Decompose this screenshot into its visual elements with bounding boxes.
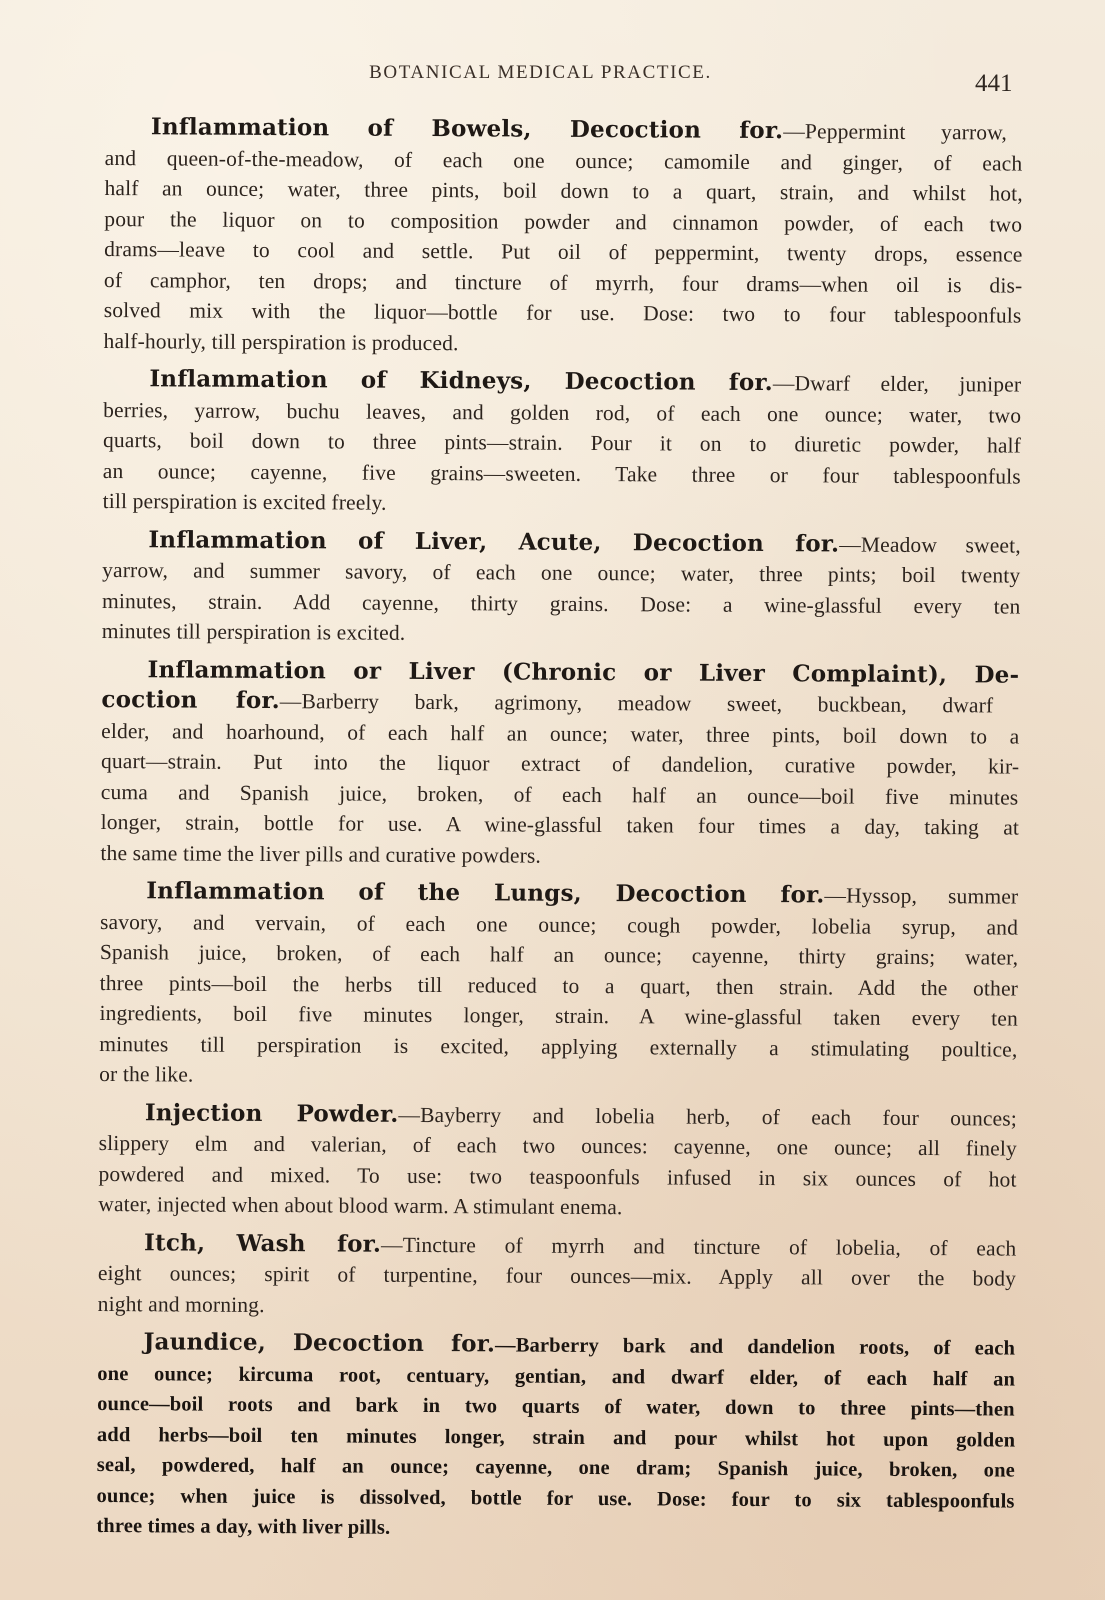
entry-inflammation-bowels: Inflammation of Bowels, Decoction for.—P…: [104, 112, 1023, 362]
entry-heading: Inflammation of Kidneys, Decoction for.: [149, 365, 773, 396]
entry-first-line: Inflammation of the Lungs, Decoction for…: [100, 876, 1018, 912]
entry-text: —Meadow sweet,: [839, 532, 1021, 557]
entry-line: or the like.: [99, 1059, 1017, 1095]
entry-jaundice: Jaundice, Decoction for.—Barberry bark a…: [96, 1327, 1015, 1547]
entry-inflammation-liver-chronic: Inflammation or Liver (Chronic or Liver …: [100, 654, 1019, 873]
entry-heading: Inflammation or Liver (Chronic or Liver …: [148, 656, 1020, 688]
entry-text: —Barberry bark, agrimony, meadow sweet, …: [280, 689, 994, 717]
entry-first-line: Inflammation of Kidneys, Decoction for.—…: [103, 364, 1021, 400]
entry-line: quart—strain. Put into the liquor extrac…: [101, 746, 1019, 782]
entry-itch-wash: Itch, Wash for.—Tincture of myrrh and ti…: [98, 1227, 1017, 1324]
entry-text: —Tincture of myrrh and tincture of lobel…: [381, 1232, 1016, 1260]
page-body: Inflammation of Bowels, Decoction for.—P…: [96, 112, 1023, 1555]
entry-line: longer, strain, bottle for use. A wine-g…: [101, 807, 1019, 843]
entry-heading-continued: coction for.: [101, 686, 280, 714]
entry-text: —Bayberry and lobelia herb, of each four…: [398, 1102, 1017, 1130]
entry-line: half-hourly, till perspiration is produc…: [104, 325, 1022, 361]
entry-line: three times a day, with liver pills.: [96, 1511, 1014, 1547]
entry-line: yarrow, and summer savory, of each one o…: [102, 555, 1020, 591]
entry-line: quarts, boil down to three pints—strain.…: [103, 425, 1021, 461]
entry-inflammation-kidneys: Inflammation of Kidneys, Decoction for.—…: [103, 364, 1022, 522]
entry-heading: Inflammation of the Lungs, Decoction for…: [146, 877, 824, 908]
page-number: 441: [975, 70, 1013, 98]
entry-line: eight ounces; spirit of turpentine, four…: [98, 1258, 1016, 1294]
entry-heading: Inflammation of Bowels, Decoction for.: [151, 113, 784, 144]
entry-first-line: Inflammation of Bowels, Decoction for.—P…: [105, 112, 1023, 148]
entry-line: slippery elm and valerian, of each two o…: [99, 1128, 1017, 1164]
entry-inflammation-lungs: Inflammation of the Lungs, Decoction for…: [99, 876, 1018, 1095]
entry-heading: Inflammation of Liver, Acute, Decoction …: [148, 526, 839, 557]
entry-line: night and morning.: [98, 1288, 1016, 1324]
entry-line: drams—leave to cool and settle. Put oil …: [104, 234, 1022, 270]
entry-line: ounce—boil roots and bark in two quarts …: [97, 1389, 1015, 1425]
entry-line: till perspiration is excited freely.: [103, 486, 1021, 522]
entry-heading: Jaundice, Decoction for.: [143, 1328, 495, 1357]
entry-second-line: coction for.—Barberry bark, agrimony, me…: [101, 685, 1019, 721]
entry-heading: Injection Powder.: [145, 1099, 399, 1128]
entry-line: solved mix with the liquor—bottle for us…: [104, 295, 1022, 331]
entry-text: —Barberry bark and dandelion roots, of e…: [495, 1334, 1015, 1359]
entry-injection-powder: Injection Powder.—Bayberry and lobelia h…: [98, 1097, 1017, 1225]
entry-line: the same time the liver pills and curati…: [100, 837, 1018, 873]
entry-line: ingredients, boil five minutes longer, s…: [99, 998, 1017, 1034]
running-title: BOTANICAL MEDICAL PRACTICE.: [0, 62, 1093, 84]
entry-line: half an ounce; water, three pints, boil …: [104, 173, 1022, 209]
entry-first-line: Jaundice, Decoction for.—Barberry bark a…: [97, 1327, 1015, 1364]
book-page: BOTANICAL MEDICAL PRACTICE. 441 Inflamma…: [0, 0, 1105, 1600]
entry-line: water, injected when about blood warm. A…: [98, 1189, 1016, 1225]
entry-line: minutes till perspiration is excited.: [102, 616, 1020, 652]
entry-text: —Hyssop, summer: [824, 883, 1018, 908]
entry-heading: Itch, Wash for.: [144, 1229, 381, 1257]
entry-line: seal, powdered, half an ounce; cayenne, …: [97, 1450, 1015, 1486]
entry-inflammation-liver-acute: Inflammation of Liver, Acute, Decoction …: [102, 524, 1021, 652]
entry-text: —Peppermint yarrow,: [783, 119, 1007, 144]
entry-text: —Dwarf elder, juniper: [773, 371, 1022, 397]
entry-line: minutes till perspiration is excited, ap…: [99, 1028, 1017, 1064]
entry-line: Spanish juice, broken, of each half an o…: [100, 937, 1018, 973]
